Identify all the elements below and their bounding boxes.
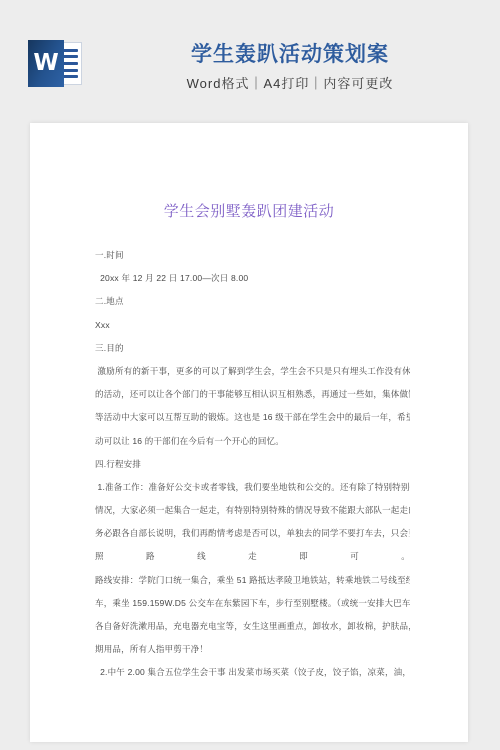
template-subtitle: Word格式｜A4打印｜内容可更改 xyxy=(90,73,490,92)
word-icon: W xyxy=(28,40,82,87)
document-page-preview: 学生会别墅轰趴团建活动 一.时间 20xx 年 12 月 22 日 17.00—… xyxy=(30,123,468,742)
doc-line: 20xx 年 12 月 22 日 17.00—次日 8.00 xyxy=(95,267,410,290)
doc-line: 务必跟各自部长说明，我们再酌情考虑是否可以，单独去的同学不要打车去，只会更慢，按 xyxy=(95,522,410,545)
document-body: 一.时间 20xx 年 12 月 22 日 17.00—次日 8.00二.地点X… xyxy=(95,244,410,685)
document-title: 学生会别墅轰趴团建活动 xyxy=(30,200,468,221)
doc-line: 车，乘坐 159.159W.D5 公交车在东紫园下车，步行至别墅楼。（或统一安排… xyxy=(95,592,410,615)
doc-line: 1.准备工作：准备好公交卡或者零钱，我们要坐地铁和公交的。还有除了特别特别特殊的 xyxy=(95,476,410,499)
doc-line: 一.时间 xyxy=(95,244,410,267)
doc-line: 各自备好洗漱用品，充电器充电宝等，女生这里画重点，卸妆水，卸妆棉，护肤品，特殊时 xyxy=(95,615,410,638)
doc-line: Xxx xyxy=(95,314,410,337)
preview-header: W 学生轰趴活动策划案 Word格式｜A4打印｜内容可更改 xyxy=(0,0,500,123)
template-title: 学生轰趴活动策划案 xyxy=(90,42,490,68)
doc-line: 动可以让 16 的干部们在今后有一个开心的回忆。 xyxy=(95,430,410,453)
doc-line: 期用品，所有人指甲剪干净！ xyxy=(95,638,410,661)
doc-line: 等活动中大家可以互帮互助的锻炼。这也是 16 级干部在学生会中的最后一年，希望此… xyxy=(95,406,410,429)
doc-line: 的活动，还可以让各个部门的干事能够互相认识互相熟悉，再通过一些如，集体做饭 游戏 xyxy=(95,383,410,406)
doc-line: 激励所有的新干事，更多的可以了解到学生会，学生会不只是只有埋头工作没有休闲娱乐 xyxy=(95,360,410,383)
doc-line: 情况，大家必须一起集合一起走，有特别特别特殊的情况导致不能跟大部队一起走的时候， xyxy=(95,499,410,522)
doc-line: 2.中午 2.00 集合五位学生会干事 出发菜市场买菜（饺子皮，饺子馅，凉菜，油… xyxy=(95,661,410,684)
header-text-block: 学生轰趴活动策划案 Word格式｜A4打印｜内容可更改 xyxy=(90,42,490,92)
doc-line: 路线安排：学院门口统一集合，乘坐 51 路抵达孝陵卫地铁站，转乘地铁二号线至经天… xyxy=(95,569,410,592)
doc-line: 三.目的 xyxy=(95,337,410,360)
word-icon-panel: W xyxy=(28,40,64,87)
word-icon-letter: W xyxy=(33,52,58,75)
doc-line: 照 路 线 走 即 可 。 xyxy=(95,545,410,568)
doc-line: 二.地点 xyxy=(95,290,410,313)
doc-line: 四.行程安排 xyxy=(95,453,410,476)
